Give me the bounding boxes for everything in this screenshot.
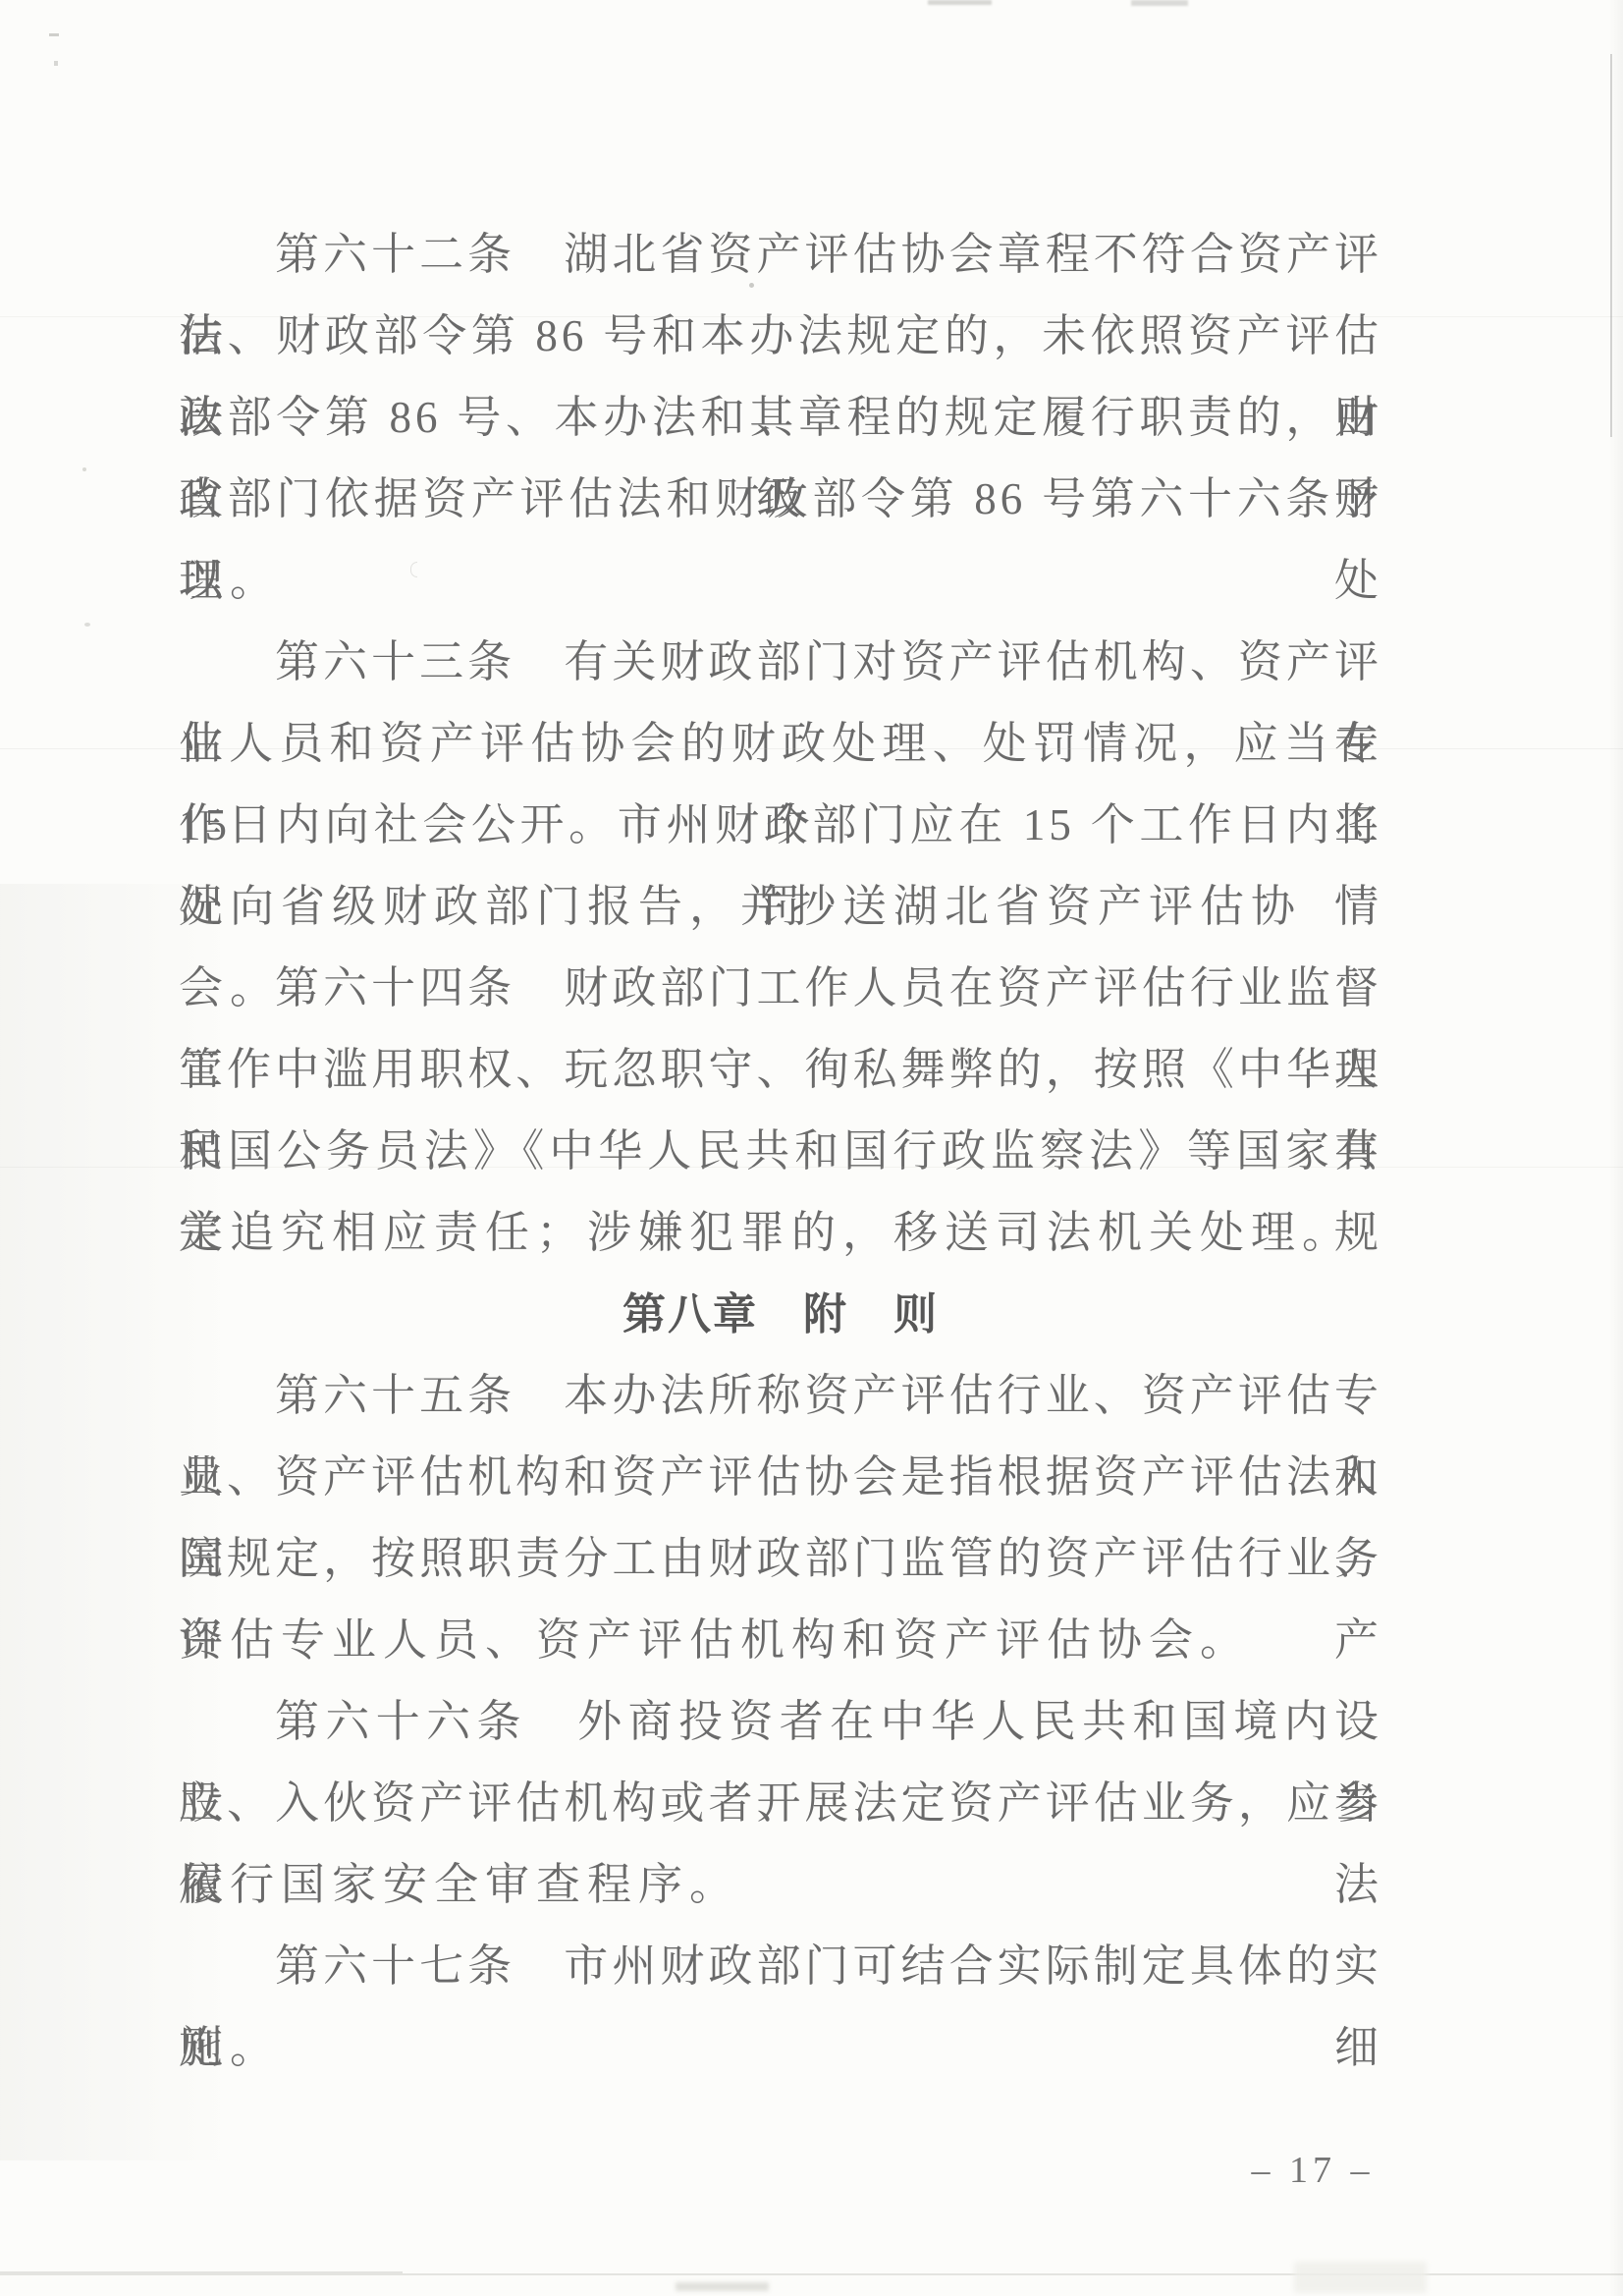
text-line: 和国公务员法》《中华人民共和国行政监察法》等国家有关规 <box>179 1111 1382 1192</box>
text-line: 第六十六条 外商投资者在中华人民共和国境内设立、参 <box>179 1681 1382 1763</box>
page: 第六十二条 湖北省资产评估协会章程不符合资产评估法、财政部令第 86 号和本办法… <box>0 0 1623 2296</box>
text-line: 法、财政部令第 86 号和本办法规定的，未依照资产评估法、财 <box>179 296 1382 377</box>
text-line: 作日内向社会公开。市州财政部门应在 15 个工作日内将处罚情 <box>179 785 1382 866</box>
text-line: 况向省级财政部门报告，并抄送湖北省资产评估协会。 <box>179 866 1382 948</box>
scan-speck <box>84 623 90 627</box>
text-block: 第六十二条 湖北省资产评估协会章程不符合资产评估法、财政部令第 86 号和本办法… <box>179 214 1382 2089</box>
text-line: 第六十五条 本办法所称资产评估行业、资产评估专业人 <box>179 1355 1382 1437</box>
scan-speck <box>54 61 58 66</box>
scan-streak <box>0 2273 1623 2275</box>
page-number: – 17 – <box>1239 2147 1386 2194</box>
text-line: 股、入伙资产评估机构或者开展法定资产评估业务，应当依法 <box>179 1763 1382 1844</box>
text-line: 第六十三条 有关财政部门对资产评估机构、资产评估专 <box>179 622 1382 703</box>
scan-speck <box>82 467 86 471</box>
text-line: 工作中滥用职权、玩忽职守、徇私舞弊的，按照《中华人民共 <box>179 1029 1382 1111</box>
text-line: 政部令第 86 号、本办法和其章程的规定履行职责的，由省级财 <box>179 377 1382 459</box>
text-line: 员、资产评估机构和资产评估协会是指根据资产评估法和国务 <box>179 1437 1382 1518</box>
scan-smudge <box>928 0 992 5</box>
scan-edge-line <box>1610 54 1612 437</box>
text-line: 定追究相应责任；涉嫌犯罪的，移送司法机关处理。 <box>179 1192 1382 1274</box>
text-line: 评估专业人员、资产评估机构和资产评估协会。 <box>179 1600 1382 1681</box>
text-line: 第六十七条 市州财政部门可结合实际制定具体的实施细 <box>179 1926 1382 2007</box>
scan-smudge <box>1131 0 1188 6</box>
scan-smudge <box>676 2282 769 2291</box>
text-line: 第六十四条 财政部门工作人员在资产评估行业监督管理 <box>179 948 1382 1029</box>
text-line: 院规定，按照职责分工由财政部门监管的资产评估行业、资产 <box>179 1518 1382 1600</box>
scan-streak <box>0 2271 403 2273</box>
text-line: 业人员和资产评估协会的财政处理、处罚情况，应当在 15 个工 <box>179 703 1382 785</box>
text-line: 政部门依据资产评估法和财政部令第 86 号第六十六条予以处 <box>179 459 1382 540</box>
chapter-heading: 第八章 附 则 <box>179 1274 1382 1355</box>
scan-smudge <box>1294 2262 1427 2293</box>
scan-speck <box>49 33 59 36</box>
scan-edge-shadow <box>1609 0 1623 2296</box>
text-line: 第六十二条 湖北省资产评估协会章程不符合资产评估 <box>179 214 1382 296</box>
